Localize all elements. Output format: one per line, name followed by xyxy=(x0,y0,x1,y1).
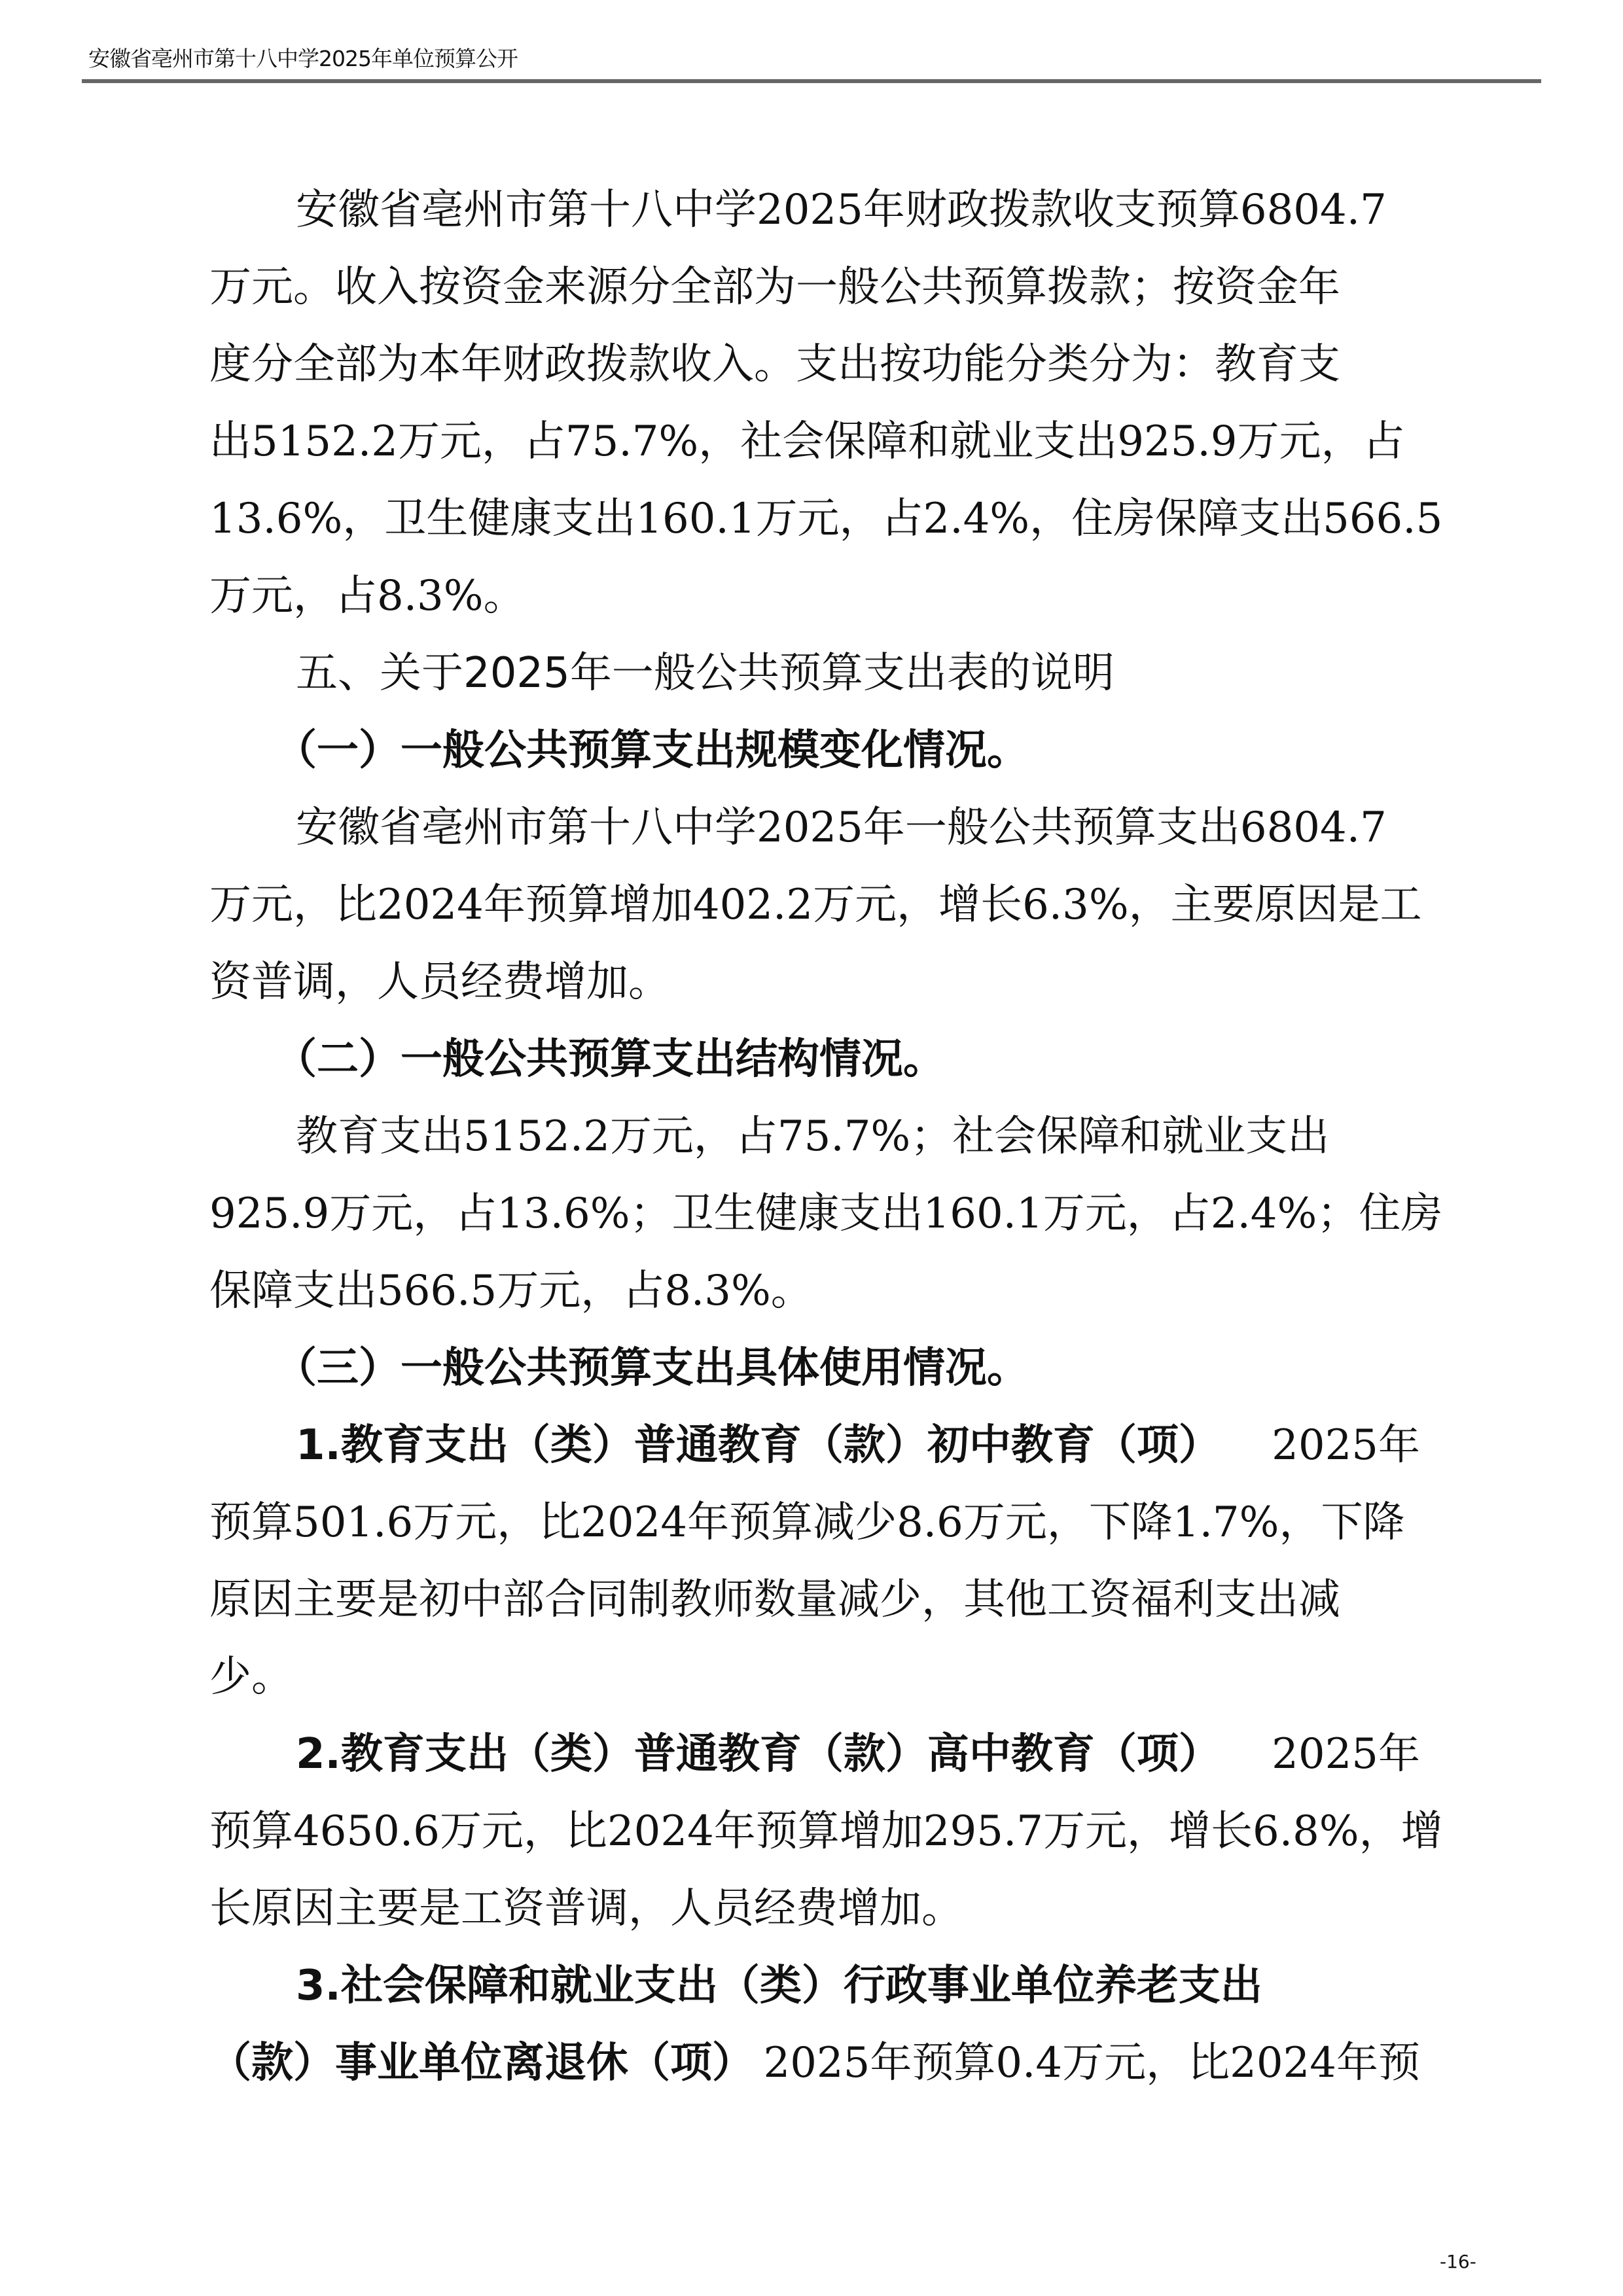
running-header: 安徽省亳州市第十八中学2025年单位预算公开 xyxy=(88,46,518,72)
subsection-heading: （一）一般公共预算支出规模变化情况。 xyxy=(209,712,1420,789)
item-title: 1.教育支出（类）普通教育（款）初中教育（项） xyxy=(296,1407,1221,1484)
paragraph-line: 925.9万元，占13.6%；卫生健康支出160.1万元，占2.4%；住房 xyxy=(209,1175,1420,1252)
item-second-line: （款）事业单位离退休（项） 2025年预算0.4万元，比2024年预 xyxy=(209,2024,1420,2102)
paragraph-line: 万元。收入按资金来源分全部为一般公共预算拨款；按资金年 xyxy=(209,249,1420,326)
item-title: 3.社会保障和就业支出（类）行政事业单位养老支出 xyxy=(209,1947,1420,2024)
document-body: 安徽省亳州市第十八中学2025年财政拨款收支预算6804.7 万元。收入按资金来… xyxy=(209,171,1420,2102)
header-rule xyxy=(82,79,1541,83)
paragraph-line: 13.6%，卫生健康支出160.1万元，占2.4%，住房保障支出566.5 xyxy=(209,480,1420,557)
paragraph-line: 保障支出566.5万元，占8.3%。 xyxy=(209,1252,1420,1330)
item-title: （款）事业单位离退休（项） xyxy=(209,2024,754,2102)
item-first-line: 2.教育支出（类）普通教育（款）高中教育（项） 2025年 xyxy=(209,1716,1420,1793)
paragraph-line: 资普调，人员经费增加。 xyxy=(209,944,1420,1021)
subsection-heading: （三）一般公共预算支出具体使用情况。 xyxy=(209,1330,1420,1407)
item-text: 2025年 xyxy=(1272,1716,1420,1793)
document-page: 安徽省亳州市第十八中学2025年单位预算公开 安徽省亳州市第十八中学2025年财… xyxy=(0,0,1623,2296)
paragraph-line: 安徽省亳州市第十八中学2025年一般公共预算支出6804.7 xyxy=(209,789,1420,866)
subsection-heading: （二）一般公共预算支出结构情况。 xyxy=(209,1021,1420,1098)
paragraph-line: 出5152.2万元，占75.7%，社会保障和就业支出925.9万元，占 xyxy=(209,403,1420,480)
paragraph-line: 预算4650.6万元，比2024年预算增加295.7万元，增长6.8%，增 xyxy=(209,1793,1420,1870)
item-text: 2025年预算0.4万元，比2024年预 xyxy=(763,2024,1420,2102)
paragraph-line: 长原因主要是工资普调，人员经费增加。 xyxy=(209,1870,1420,1947)
item-text: 2025年 xyxy=(1272,1407,1420,1484)
item-first-line: 1.教育支出（类）普通教育（款）初中教育（项） 2025年 xyxy=(209,1407,1420,1484)
paragraph-line: 安徽省亳州市第十八中学2025年财政拨款收支预算6804.7 xyxy=(209,171,1420,249)
paragraph-line: 度分全部为本年财政拨款收入。支出按功能分类分为：教育支 xyxy=(209,326,1420,403)
paragraph-line: 万元，比2024年预算增加402.2万元，增长6.3%，主要原因是工 xyxy=(209,866,1420,944)
page-number: -16- xyxy=(1440,2251,1476,2272)
paragraph-line: 万元，占8.3%。 xyxy=(209,557,1420,635)
paragraph-line: 预算501.6万元，比2024年预算减少8.6万元，下降1.7%，下降 xyxy=(209,1484,1420,1561)
section-heading: 五、关于2025年一般公共预算支出表的说明 xyxy=(209,635,1420,712)
paragraph-line: 教育支出5152.2万元，占75.7%；社会保障和就业支出 xyxy=(209,1098,1420,1175)
paragraph-line: 少。 xyxy=(209,1638,1420,1716)
item-title: 2.教育支出（类）普通教育（款）高中教育（项） xyxy=(296,1716,1221,1793)
paragraph-line: 原因主要是初中部合同制教师数量减少，其他工资福利支出减 xyxy=(209,1561,1420,1638)
